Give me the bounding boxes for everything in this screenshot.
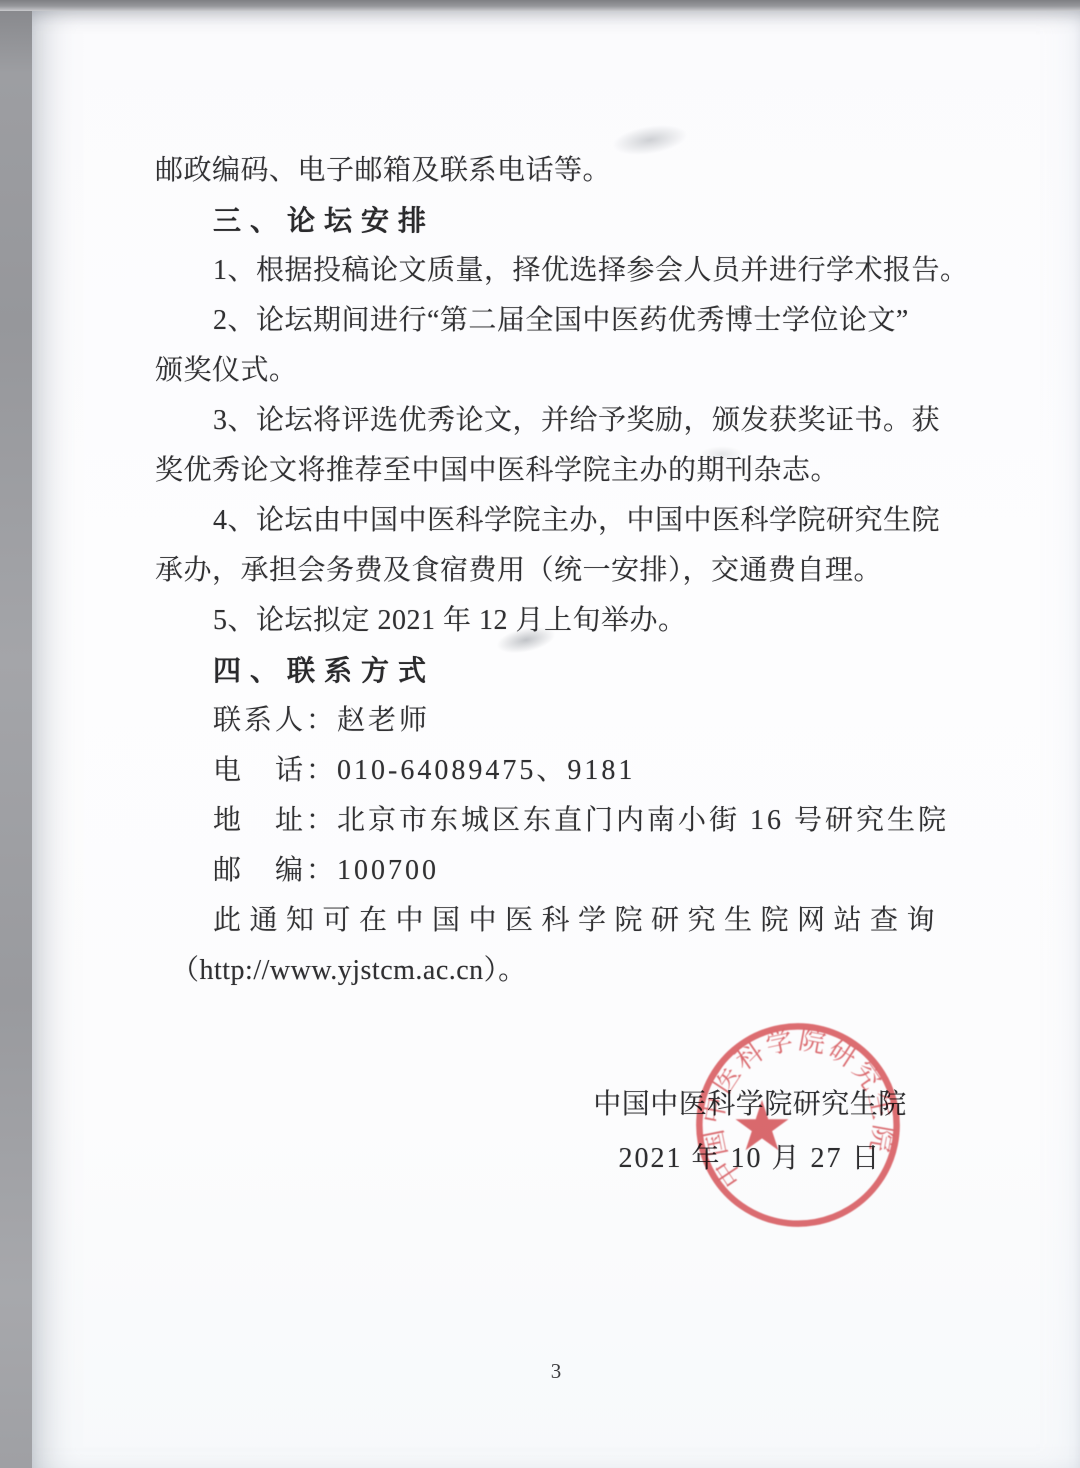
section-3-heading: 三、论坛安排 xyxy=(155,196,955,246)
website-url-line: （http://www.yjstcm.ac.cn）。 xyxy=(155,946,955,996)
contact-person-line: 联系人：赵老师 xyxy=(155,696,955,746)
seal-ring-text: 中国中医科学院研究生院 xyxy=(682,1019,906,1195)
s3-item-1: 1、根据投稿论文质量，择优选择参会人员并进行学术报告。 xyxy=(155,246,955,296)
s3-item-4-line-1: 4、论坛由中国中医科学院主办，中国中医科学院研究生院 xyxy=(155,496,955,546)
scan-edge-left xyxy=(0,0,32,1468)
official-red-seal: 中国中医科学院研究生院 ★ xyxy=(656,1019,940,1231)
website-note-line-1: 此通知可在中国中医科学院研究生院网站查询 xyxy=(155,896,955,946)
section-4-heading: 四、联系方式 xyxy=(155,646,955,696)
s3-item-2-line-1: 2、论坛期间进行“第二届全国中医药优秀博士学位论文” xyxy=(155,296,955,346)
svg-text:中国中医科学院研究生院: 中国中医科学院研究生院 xyxy=(682,1019,906,1195)
s3-item-5: 5、论坛拟定 2021 年 12 月上旬举办。 xyxy=(155,596,955,646)
s3-item-3-line-2: 奖优秀论文将推荐至中国中医科学院主办的期刊杂志。 xyxy=(155,446,955,496)
s3-item-4-line-2: 承办，承担会务费及食宿费用（统一安排），交通费自理。 xyxy=(155,546,955,596)
s3-item-3-line-1: 3、论坛将评选优秀论文，并给予奖励，颁发获奖证书。获 xyxy=(155,396,955,446)
contact-phone-line: 电 话：010-64089475、9181 xyxy=(155,746,955,796)
scanned-notice-page: 邮政编码、电子邮箱及联系电话等。 三、论坛安排 1、根据投稿论文质量，择优选择参… xyxy=(0,0,1080,1468)
scan-edge-top xyxy=(0,0,1080,11)
document-body: 邮政编码、电子邮箱及联系电话等。 三、论坛安排 1、根据投稿论文质量，择优选择参… xyxy=(155,146,955,996)
contact-postcode-line: 邮 编：100700 xyxy=(155,846,955,896)
s3-item-2-line-2: 颁奖仪式。 xyxy=(155,346,955,396)
seal-star-icon: ★ xyxy=(731,1087,793,1167)
page-number: 3 xyxy=(32,1356,1080,1386)
intro-line: 邮政编码、电子邮箱及联系电话等。 xyxy=(155,146,955,196)
contact-address-line: 地 址：北京市东城区东直门内南小街 16 号研究生院 xyxy=(155,796,955,846)
